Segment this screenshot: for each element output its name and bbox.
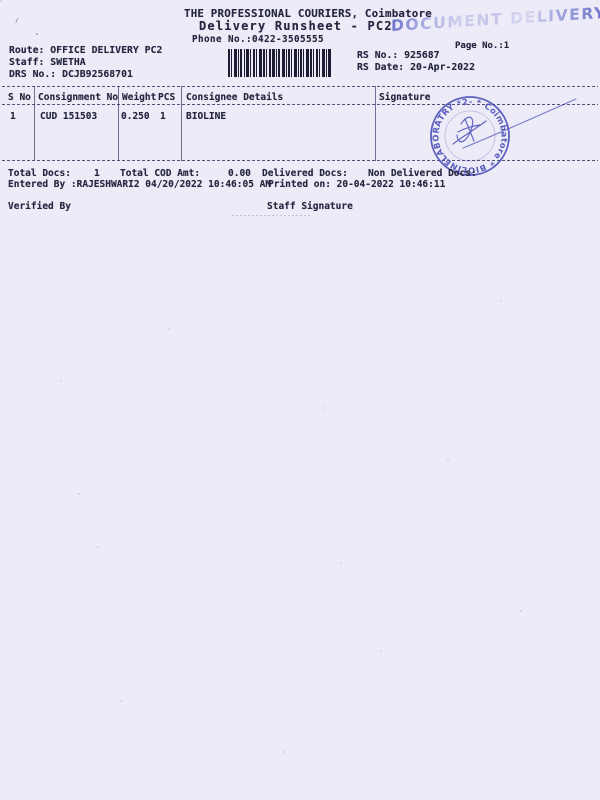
column-header-weight: Weight	[122, 92, 156, 103]
column-header-sno: S No	[8, 92, 31, 103]
phone-number: Phone No.:0422-3505555	[192, 34, 324, 45]
total-docs-label: Total Docs:	[8, 168, 71, 179]
column-divider-1	[34, 86, 35, 161]
column-header-pcs: PCS	[158, 92, 175, 103]
delivered-docs-label: Delivered Docs:	[262, 168, 348, 179]
cell-weight: 0.250	[121, 111, 150, 122]
scan-noise	[0, 0, 2, 2]
total-cod-value: 0.00	[228, 168, 251, 179]
route-line: Route: OFFICE DELIVERY PC2	[9, 45, 162, 56]
barcode	[228, 49, 331, 77]
staff-signature-label: Staff Signature	[267, 201, 353, 212]
cell-consignment-no: CUD 151503	[40, 111, 97, 122]
page-number: Page No.:1	[455, 41, 509, 51]
pen-mark	[15, 17, 21, 24]
document-subtitle: Delivery Runsheet - PC2	[199, 19, 393, 33]
scan-artifact-line	[232, 215, 310, 216]
rs-number-line: RS No.: 925687	[357, 50, 440, 61]
entered-by-line: Entered By :RAJESHWARI2 04/20/2022 10:46…	[8, 179, 271, 190]
column-divider-2	[118, 86, 119, 161]
verified-by-label: Verified By	[8, 201, 71, 212]
column-header-consignment-no: Consignment No	[38, 92, 118, 103]
non-delivered-docs-label: Non Delivered Docs:	[368, 168, 477, 179]
column-divider-4	[375, 86, 376, 161]
scanned-delivery-runsheet: THE PROFESSIONAL COURIERS, Coimbatore De…	[0, 0, 600, 800]
staff-line: Staff: SWETHA	[9, 57, 86, 68]
column-divider-3	[181, 86, 182, 161]
column-header-consignee-details: Consignee Details	[186, 92, 283, 103]
total-docs-value: 1	[94, 168, 100, 179]
cell-consignee: BIOLINE	[186, 111, 226, 122]
printed-on-line: Printed on: 20-04-2022 10:46:11	[268, 179, 445, 190]
rs-date-line: RS Date: 20-Apr-2022	[357, 62, 475, 73]
total-cod-label: Total COD Amt:	[120, 168, 200, 179]
cell-pcs: 1	[160, 111, 166, 122]
drs-number-line: DRS No.: DCJB92568701	[9, 69, 133, 80]
cell-sno: 1	[10, 111, 16, 122]
